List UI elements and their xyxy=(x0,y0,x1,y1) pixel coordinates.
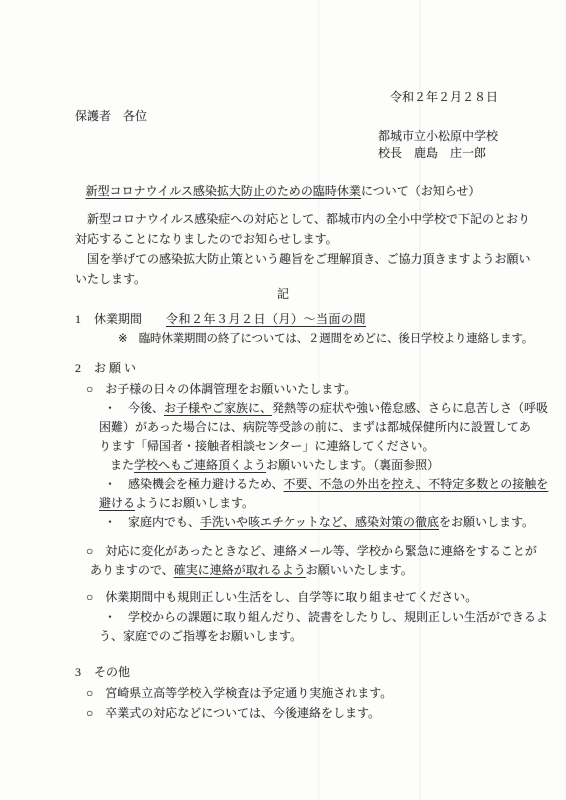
ki-marker: 記 xyxy=(0,287,566,301)
section2-number: 2 xyxy=(75,361,81,375)
section1-number: 1 xyxy=(75,312,81,326)
sender-block: 都城市立小松原中学校 校長 鹿島 庄一郎 xyxy=(0,128,566,162)
closure-note: ※ 臨時休業期間の終了については、２週間をめどに、後日学校より連絡します。 xyxy=(0,330,566,349)
document-page: 令和２年２月２８日 保護者 各位 都城市立小松原中学校 校長 鹿島 庄一郎 新型… xyxy=(0,0,566,800)
document-date: 令和２年２月２８日 xyxy=(0,89,566,105)
doc-title: 新型コロナウイルス感染拡大防止のための臨時休業について（お知らせ） xyxy=(0,181,566,201)
list-subitem-hygiene: ・ 家庭内でも、手洗いや咳エチケットなど、感染対策の徹底をお願いします。 xyxy=(0,513,566,532)
list-subitem-symptoms-cont: 困難）があった場合には、病院等受診の前に、まずは都城保健所内に設置してあ xyxy=(0,418,566,437)
section2-heading: 2お 願 い xyxy=(0,359,566,378)
intro-line: 対応することになりましたのでお知らせします。 xyxy=(0,229,566,249)
section3-label: その他 xyxy=(94,665,130,679)
section3-heading: 3その他 xyxy=(0,663,566,682)
intro-paragraphs: 新型コロナウイルス感染症への対応として、都城市内の全小中学校で下記のとおり 対応… xyxy=(0,209,566,289)
list-item-regular-life: ○ 休業期間中も規則正しい生活をし、自学等に取り組ませてください。 xyxy=(0,588,566,607)
list-subitem-symptoms-cont: ります「帰国者・接触者相談センター」に連絡してください。 xyxy=(0,437,566,456)
list-subitem-avoid-contact: ・ 感染機会を極力避けるため、不要、不急の外出を控え、不特定多数との接触を xyxy=(0,475,566,494)
list-item-emergency-contact: ○ 対応に変化があったときなど、連絡メール等、学校から緊急に連絡をすることが xyxy=(0,542,566,561)
section1-heading: 1休業期間令和２年３月２日（月）～当面の間 xyxy=(0,309,566,329)
list-item-emergency-contact-cont: ありますので、確実に連絡が取れるようお願いいたします。 xyxy=(0,561,566,580)
sender-school: 都城市立小松原中学校 xyxy=(378,128,498,145)
list-subitem-contact-school: また学校へもご連絡頂くようお願いいたします。（裏面参照） xyxy=(0,456,566,475)
recipient: 保護者 各位 xyxy=(0,108,566,124)
closure-period: 令和２年３月２日（月）～当面の間 xyxy=(166,312,366,326)
list-item-graduation: ○ 卒業式の対応などについては、今後連絡をします。 xyxy=(0,704,566,723)
list-subitem-homework-cont: う、家庭でのご指導をお願いします。 xyxy=(0,627,566,646)
list-item-health-check: ○ お子様の日々の体調管理をお願いいたします。 xyxy=(0,380,566,399)
intro-line: 新型コロナウイルス感染症への対応として、都城市内の全小中学校で下記のとおり xyxy=(0,209,566,229)
doc-title-underlined: 新型コロナウイルス感染拡大防止のための臨時休業 xyxy=(86,184,361,198)
section1-label: 休業期間 xyxy=(94,312,142,326)
section2-label: お 願 い xyxy=(94,361,136,375)
list-subitem-homework: ・ 学校からの課題に取り組んだり、読書をしたりし、規則正しい生活ができるよ xyxy=(0,608,566,627)
doc-title-suffix: について（お知らせ） xyxy=(361,184,480,198)
sender-principal: 校長 鹿島 庄一郎 xyxy=(378,145,498,162)
section3-number: 3 xyxy=(75,665,81,679)
intro-line: 国を挙げての感染拡大防止策という趣旨をご理解頂き、ご協力頂きますようお願い xyxy=(0,249,566,269)
list-subitem-symptoms: ・ 今後、お子様やご家族に、発熱等の症状や強い倦怠感、さらに息苦しさ（呼吸 xyxy=(0,399,566,418)
list-subitem-avoid-contact-cont: 避けるようにお願いします。 xyxy=(0,494,566,513)
intro-line: いたします。 xyxy=(0,269,566,289)
list-item-entrance-exam: ○ 宮崎県立高等学校入学検査は予定通り実施されます。 xyxy=(0,684,566,703)
